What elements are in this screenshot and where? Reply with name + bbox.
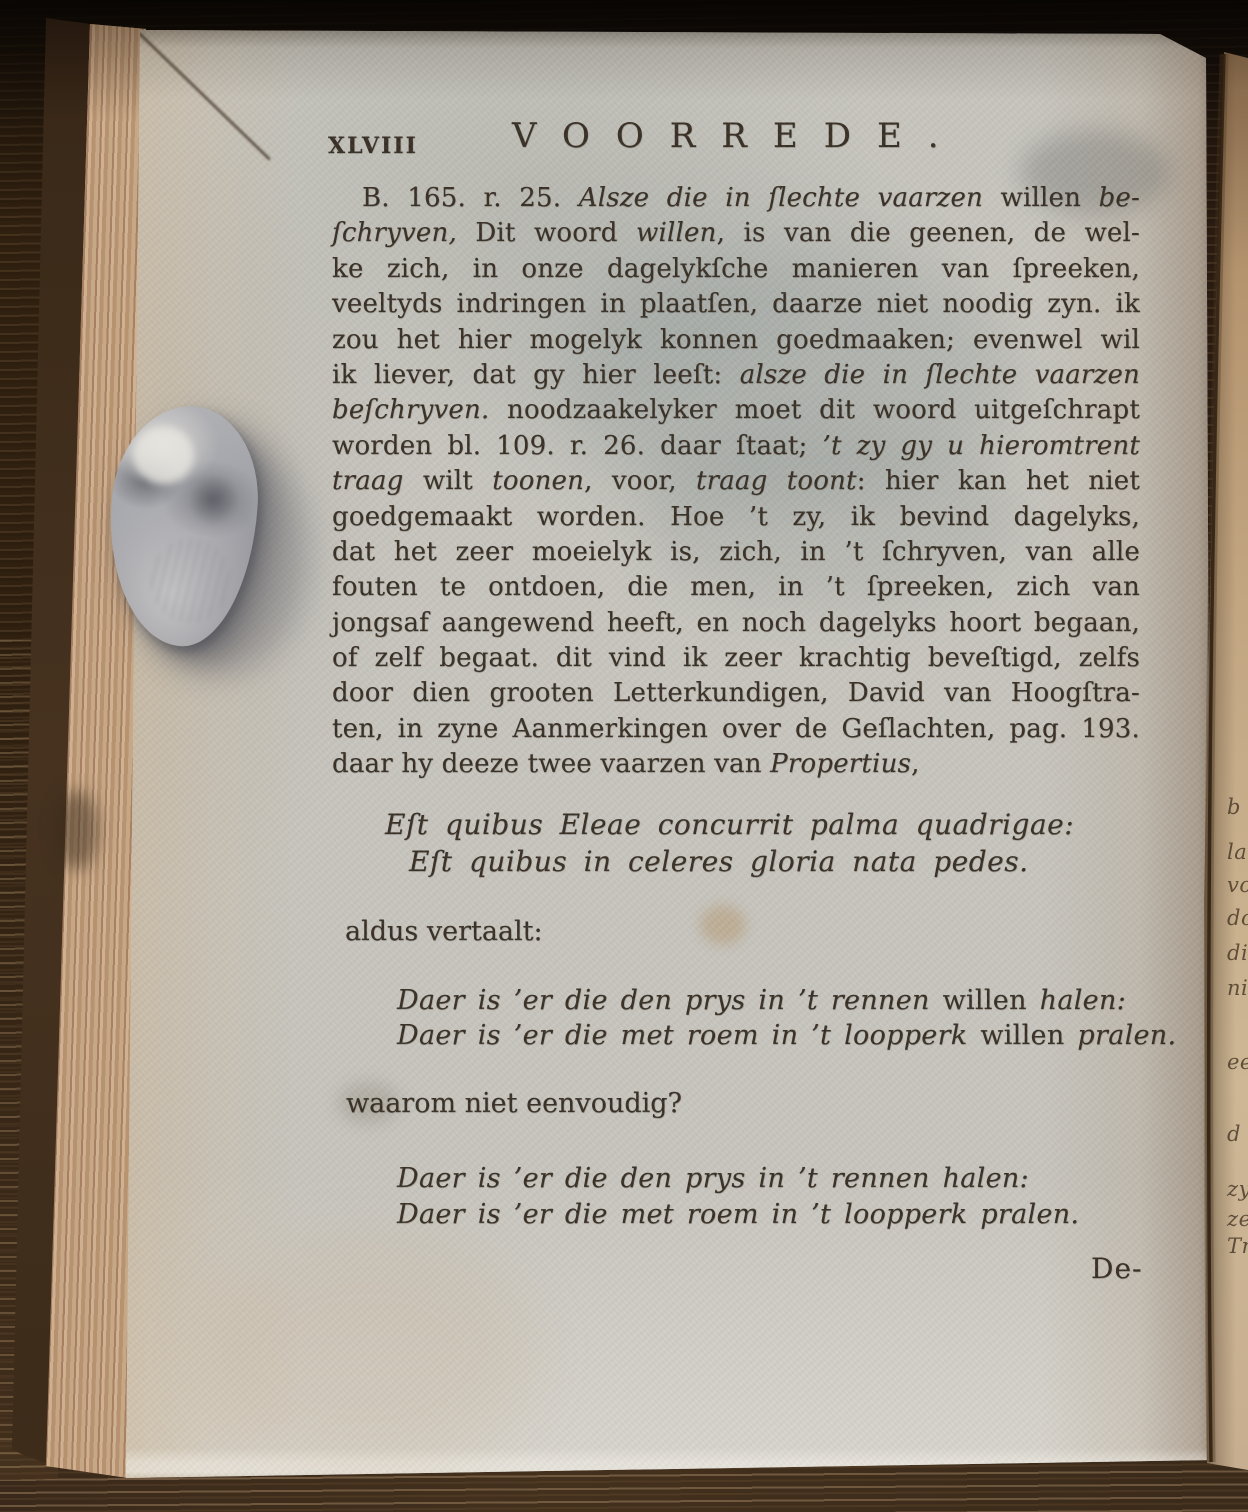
- paragraph-line: beſchryven. noodzaakelyker moet dit woor…: [332, 393, 1140, 428]
- simple-verse-line: Daer is ’er die met roem in ’t loopperk …: [397, 1197, 1079, 1233]
- paragraph-line: worden bl. 109. r. 26. daar ſtaat; ’t zy…: [332, 429, 1140, 464]
- question-line: waarom niet eenvoudig?: [346, 1088, 682, 1119]
- paragraph-line: door dien grooten Letterkundigen, David …: [332, 676, 1140, 711]
- translated-verse-line: Daer is ’er die met roem in ’t loopperk …: [397, 1019, 1176, 1054]
- paragraph-line: ik liever, dat gy hier leeſt: alsze die …: [332, 358, 1140, 393]
- stone-dent: [186, 471, 242, 527]
- paragraph-line: dat het zeer moeielyk is, zich, in ’t ſc…: [332, 535, 1140, 570]
- paragraph-line: traag wilt toonen, voor, traag toont: hi…: [332, 464, 1140, 499]
- translation-intro: aldus vertaalt:: [345, 916, 543, 947]
- edge-letter-fragment: la: [1227, 840, 1247, 864]
- simple-verse-line: Daer is ’er die den prys in ’t rennen ha…: [397, 1161, 1079, 1197]
- simple-verse: Daer is ’er die den prys in ’t rennen ha…: [397, 1161, 1079, 1232]
- paragraph-line: zou het hier mogelyk konnen goedmaaken; …: [332, 323, 1140, 358]
- edge-letter-fragment: do: [1227, 906, 1248, 930]
- paragraph-line: daar hy deeze twee vaarzen van Propertiu…: [332, 747, 1140, 782]
- edge-letter-fragment: vo: [1227, 873, 1248, 897]
- stone-highlight: [130, 424, 195, 486]
- edge-letter-fragment: d: [1227, 1122, 1241, 1146]
- page-number: XLVIII: [328, 133, 418, 159]
- translated-verse-line: Daer is ’er die den prys in ’t rennen wi…: [397, 984, 1176, 1019]
- paper-stain: [200, 1235, 530, 1475]
- edge-letter-fragment: Tr: [1227, 1234, 1248, 1258]
- foxing-spot: [700, 905, 746, 945]
- paragraph-line: goedgemaakt worden. Hoe ’t zy, ik bevind…: [332, 500, 1140, 535]
- book-page: XLVIII VOORREDE. B. 165. r. 25. Alsze di…: [0, 0, 1248, 1512]
- paragraph-line: fouten te ontdoen, die men, in ’t ſpreek…: [332, 570, 1140, 605]
- edge-letter-fragment: ze: [1227, 1207, 1248, 1231]
- edge-letter-fragment: b: [1227, 795, 1241, 819]
- paragraph-line: ten, in zyne Aanmerkingen over de Geſlac…: [332, 712, 1140, 747]
- page-corner-crease: [138, 32, 271, 160]
- page-header-title: VOORREDE.: [512, 116, 965, 156]
- latin-verse-line: Eſt quibus in celeres gloria nata pedes.: [385, 843, 1074, 880]
- paragraph-line: B. 165. r. 25. Alsze die in ſlechte vaar…: [332, 181, 1140, 216]
- edge-letter-fragment: zy: [1227, 1177, 1248, 1201]
- edge-letter-fragment: ee: [1227, 1050, 1248, 1074]
- body-paragraph: B. 165. r. 25. Alsze die in ſlechte vaar…: [332, 181, 1140, 783]
- paragraph-line: ke zich, in onze dagelykſche manieren va…: [332, 252, 1140, 287]
- latin-verse-line: Eſt quibus Eleae concurrit palma quadrig…: [385, 806, 1074, 843]
- edge-letter-fragment: nie: [1227, 976, 1248, 1000]
- paragraph-line: jongsaf aangewend heeft, en noch dagelyk…: [332, 606, 1140, 641]
- catchword: De-: [1091, 1252, 1142, 1285]
- paragraph-line: veeltyds indringen in plaatſen, daarze n…: [332, 287, 1140, 322]
- translated-verse: Daer is ’er die den prys in ’t rennen wi…: [397, 984, 1176, 1053]
- fore-edge-smudge: [56, 790, 98, 870]
- stone-streaks: [147, 536, 233, 625]
- paragraph-line: ſchryven, Dit woord willen, is van die g…: [332, 216, 1140, 251]
- latin-verse: Eſt quibus Eleae concurrit palma quadrig…: [385, 806, 1074, 880]
- edge-letter-fragment: die: [1227, 941, 1248, 965]
- photo-scene: XLVIII VOORREDE. B. 165. r. 25. Alsze di…: [0, 0, 1248, 1512]
- paragraph-line: of zelf begaat. dit vind ik zeer krachti…: [332, 641, 1140, 676]
